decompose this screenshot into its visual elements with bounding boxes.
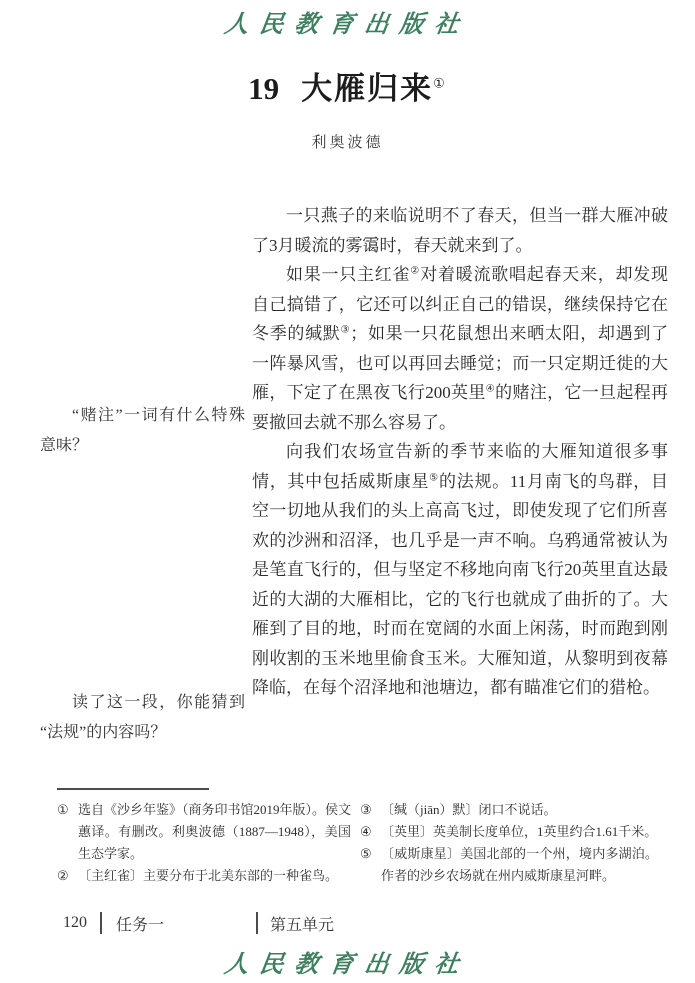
footnote-4-text: 〔英里〕英美制长度单位，1英里约合1.61千米。 — [381, 821, 658, 843]
footnote-5-number: ⑤ — [360, 843, 381, 887]
lesson-title: 19大雁归来① — [0, 63, 695, 108]
margin-question-2: 读了这一段，你能猜到“法规”的内容吗？ — [40, 688, 245, 747]
paragraph-3: 向我们农场宣告新的季节来临的大雁知道很多事情，其中包括威斯康星⑤的法规。11月南… — [252, 437, 668, 703]
footer-divider-1 — [100, 912, 102, 934]
footnote-1-text: 选自《沙乡年鉴》（商务印书馆2019年版）。侯文蕙译。有删改。利奥波德（1887… — [78, 799, 351, 865]
footnote-4-number: ④ — [360, 821, 381, 843]
footnote-5: ⑤ 〔威斯康星〕美国北部的一个州，境内多湖泊。作者的沙乡农场就在州内威斯康星河畔… — [360, 843, 658, 887]
page-footer: 120 任务一 第五单元 — [63, 911, 334, 935]
page-number: 120 — [63, 914, 87, 932]
footer-unit-label: 第五单元 — [270, 912, 334, 935]
footnote-1-number: ① — [57, 799, 78, 865]
footnote-2-text: 〔主红雀〕主要分布于北美东部的一种雀鸟。 — [78, 865, 351, 887]
footnotes-right-column: ③ 〔缄（jiān）默〕闭口不说话。 ④ 〔英里〕英美制长度单位，1英里约合1.… — [360, 799, 658, 887]
footnote-3-number: ③ — [360, 799, 381, 821]
title-footnote-ref: ① — [433, 76, 447, 91]
lesson-title-text: 大雁归来 — [301, 71, 433, 106]
footnote-3: ③ 〔缄（jiān）默〕闭口不说话。 — [360, 799, 658, 821]
author-name: 利奥波德 — [0, 131, 695, 152]
publisher-logo-bottom: 人民教育出版社 — [0, 944, 695, 979]
margin-question-1: “赌注”一词有什么特殊意味？ — [40, 401, 245, 460]
paragraph-1: 一只燕子的来临说明不了春天，但当一群大雁冲破了3月暖流的雾霭时，春天就来到了。 — [252, 201, 668, 260]
publisher-logo-top: 人民教育出版社 — [0, 4, 695, 39]
footnote-3-text: 〔缄（jiān）默〕闭口不说话。 — [381, 799, 658, 821]
lesson-number: 19 — [248, 71, 279, 106]
textbook-page: 人民教育出版社 19大雁归来① 利奥波德 “赌注”一词有什么特殊意味？ 读了这一… — [0, 0, 695, 983]
body-text: 一只燕子的来临说明不了春天，但当一群大雁冲破了3月暖流的雾霭时，春天就来到了。 … — [252, 201, 668, 703]
footnote-5-text: 〔威斯康星〕美国北部的一个州，境内多湖泊。作者的沙乡农场就在州内威斯康星河畔。 — [381, 843, 658, 887]
footnote-2: ② 〔主红雀〕主要分布于北美东部的一种雀鸟。 — [57, 865, 351, 887]
footnote-4: ④ 〔英里〕英美制长度单位，1英里约合1.61千米。 — [360, 821, 658, 843]
footer-task-label: 任务一 — [116, 912, 164, 935]
footnote-1: ① 选自《沙乡年鉴》（商务印书馆2019年版）。侯文蕙译。有删改。利奥波德（18… — [57, 799, 351, 865]
paragraph-2: 如果一只主红雀②对着暖流歌唱起春天来，却发现自己搞错了，它还可以纠正自己的错误，… — [252, 260, 668, 437]
footnotes-left-column: ① 选自《沙乡年鉴》（商务印书馆2019年版）。侯文蕙译。有删改。利奥波德（18… — [57, 799, 351, 887]
footnotes: ① 选自《沙乡年鉴》（商务印书馆2019年版）。侯文蕙译。有删改。利奥波德（18… — [57, 799, 658, 887]
footnote-divider — [57, 788, 209, 790]
footer-divider-2 — [256, 912, 258, 934]
footnote-2-number: ② — [57, 865, 78, 887]
